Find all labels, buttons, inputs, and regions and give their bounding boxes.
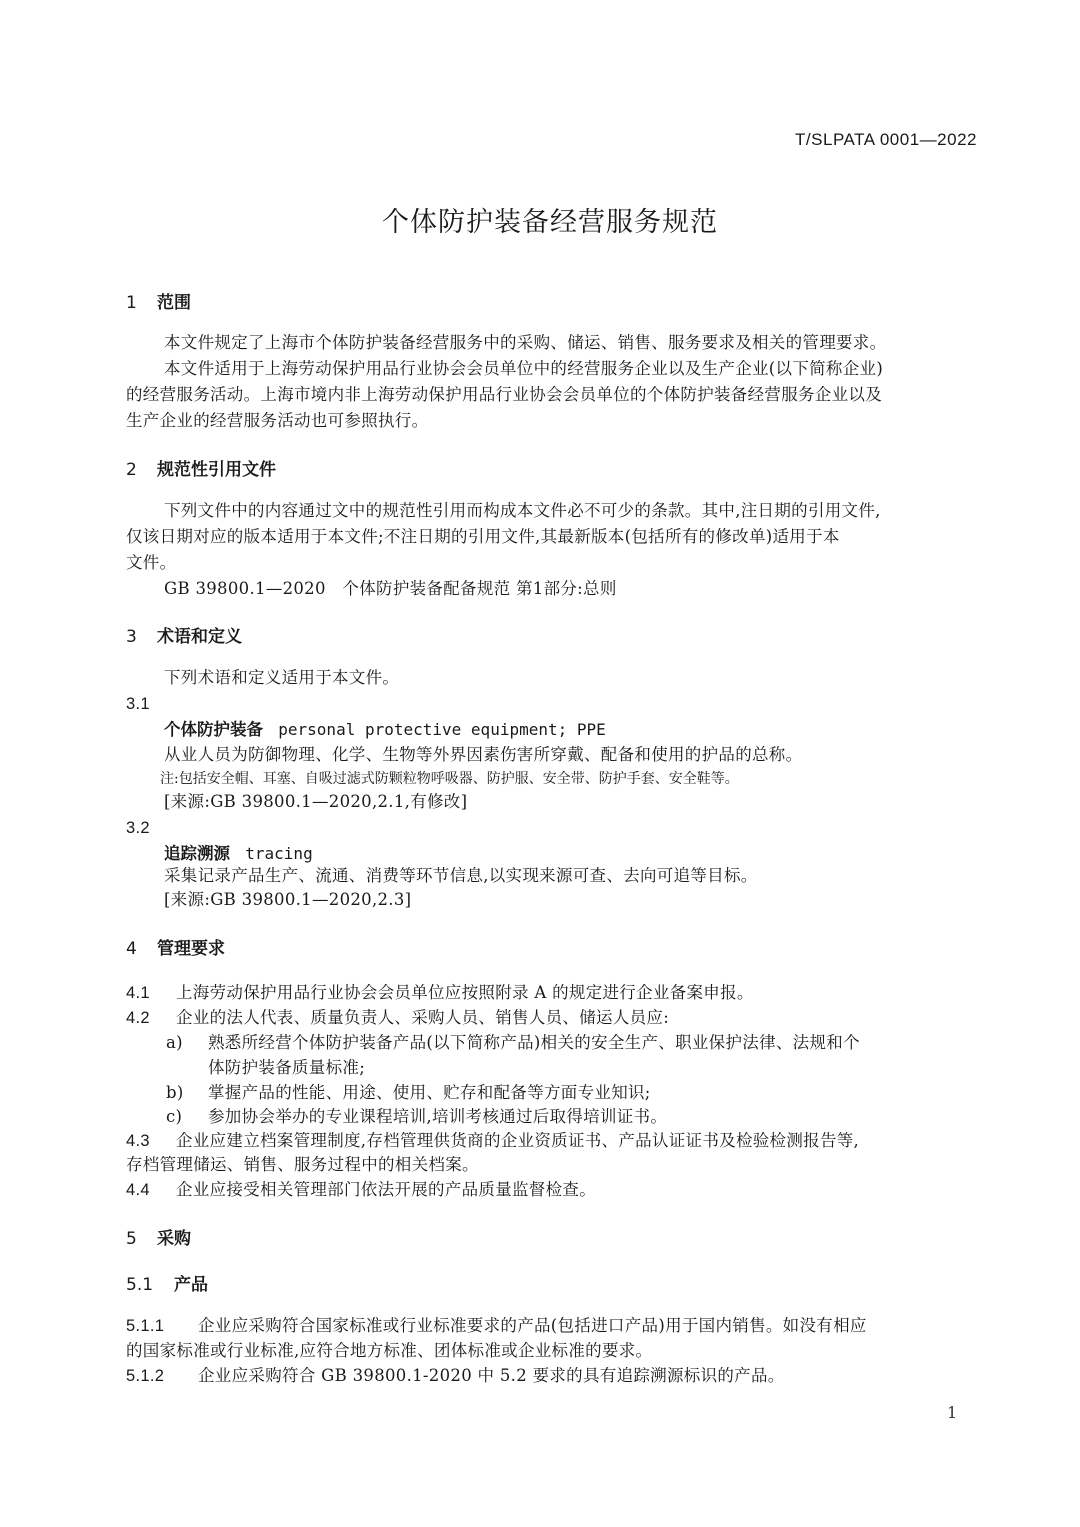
term-3-1-definition: 从业人员为防御物理、化学、生物等外界因素伤害所穿戴、配备和使用的护品的总称。 bbox=[164, 742, 802, 768]
clause-5-1-2: 5.1.2企业应采购符合 GB 39800.1-2020 中 5.2 要求的具有… bbox=[126, 1363, 785, 1389]
list-item-c: c)参加协会举办的专业课程培训,培训考核通过后取得培训证书。 bbox=[166, 1104, 667, 1130]
clause-4-4: 4.4企业应接受相关管理部门依法开展的产品质量监督检查。 bbox=[126, 1177, 596, 1203]
term-3-2-definition: 采集记录产品生产、流通、消费等环节信息,以实现来源可查、去向可追等目标。 bbox=[164, 863, 758, 889]
reference-code: GB 39800.1—2020 bbox=[164, 579, 326, 598]
section-2-paragraph-line-2: 仅该日期对应的版本适用于本文件;不注日期的引用文件,其最新版本(包括所有的修改单… bbox=[126, 524, 840, 550]
list-item-a: a)熟悉所经营个体防护装备产品(以下简称产品)相关的安全生产、职业保护法律、法规… bbox=[166, 1030, 860, 1056]
term-3-1-title: 个体防护装备 personal protective equipment; PP… bbox=[164, 716, 606, 740]
section-3-heading: 3术语和定义 bbox=[126, 622, 242, 647]
term-3-1-number: 3.1 bbox=[126, 691, 150, 717]
term-3-1-source: [来源:GB 39800.1—2020,2.1,有修改] bbox=[164, 789, 467, 815]
subsection-5-1-heading: 5.1产品 bbox=[126, 1270, 208, 1295]
section-2-paragraph-line-1: 下列文件中的内容通过文中的规范性引用而构成本文件必不可少的条款。其中,注日期的引… bbox=[164, 498, 881, 524]
section-1-paragraph-2-line-3: 生产企业的经营服务活动也可参照执行。 bbox=[126, 408, 428, 434]
term-3-2-title: 追踪溯源 tracing bbox=[164, 840, 313, 864]
section-2-paragraph-line-3: 文件。 bbox=[126, 550, 176, 576]
clause-4-1: 4.1上海劳动保护用品行业协会会员单位应按照附录 A 的规定进行企业备案申报。 bbox=[126, 980, 754, 1006]
clause-5-1-1-line-2: 的国家标准或行业标准,应符合地方标准、团体标准或企业标准的要求。 bbox=[126, 1338, 652, 1364]
standard-code: T/SLPATA 0001—2022 bbox=[795, 130, 977, 150]
section-1-paragraph-1: 本文件规定了上海市个体防护装备经营服务中的采购、储运、销售、服务要求及相关的管理… bbox=[164, 330, 886, 356]
section-1-heading: 1范围 bbox=[126, 288, 191, 313]
section-3-intro: 下列术语和定义适用于本文件。 bbox=[164, 665, 399, 691]
normative-reference: GB 39800.1—2020 个体防护装备配备规范 第1部分:总则 bbox=[164, 576, 617, 602]
section-1-paragraph-2-line-2: 的经营服务活动。上海市境内非上海劳动保护用品行业协会会员单位的个体防护装备经营服… bbox=[126, 382, 882, 408]
term-3-2-source: [来源:GB 39800.1—2020,2.3] bbox=[164, 887, 411, 913]
section-5-heading: 5采购 bbox=[126, 1224, 191, 1249]
term-3-2-number: 3.2 bbox=[126, 815, 150, 841]
clause-5-1-1: 5.1.1企业应采购符合国家标准或行业标准要求的产品(包括进口产品)用于国内销售… bbox=[126, 1313, 867, 1339]
term-3-1-note: 注:包括安全帽、耳塞、自吸过滤式防颗粒物呼吸器、防护服、安全带、防护手套、安全鞋… bbox=[160, 768, 739, 788]
section-2-heading: 2规范性引用文件 bbox=[126, 455, 276, 480]
document-page: T/SLPATA 0001—2022 个体防护装备经营服务规范 1范围 本文件规… bbox=[0, 0, 1080, 1527]
list-item-a-line-2: 体防护装备质量标准; bbox=[208, 1055, 365, 1081]
clause-4-3: 4.3企业应建立档案管理制度,存档管理供货商的企业资质证书、产品认证证书及检验检… bbox=[126, 1128, 859, 1154]
clause-4-2: 4.2企业的法人代表、质量负责人、采购人员、销售人员、储运人员应: bbox=[126, 1005, 669, 1031]
section-1-paragraph-2-line-1: 本文件适用于上海劳动保护用品行业协会会员单位中的经营服务企业以及生产企业(以下简… bbox=[164, 356, 883, 382]
reference-title: 个体防护装备配备规范 第1部分:总则 bbox=[342, 579, 616, 598]
list-item-b: b)掌握产品的性能、用途、使用、贮存和配备等方面专业知识; bbox=[166, 1080, 651, 1106]
page-number: 1 bbox=[947, 1403, 957, 1422]
section-4-heading: 4管理要求 bbox=[126, 934, 225, 959]
document-title: 个体防护装备经营服务规范 bbox=[0, 200, 1080, 239]
clause-4-3-line-2: 存档管理储运、销售、服务过程中的相关档案。 bbox=[126, 1152, 479, 1178]
